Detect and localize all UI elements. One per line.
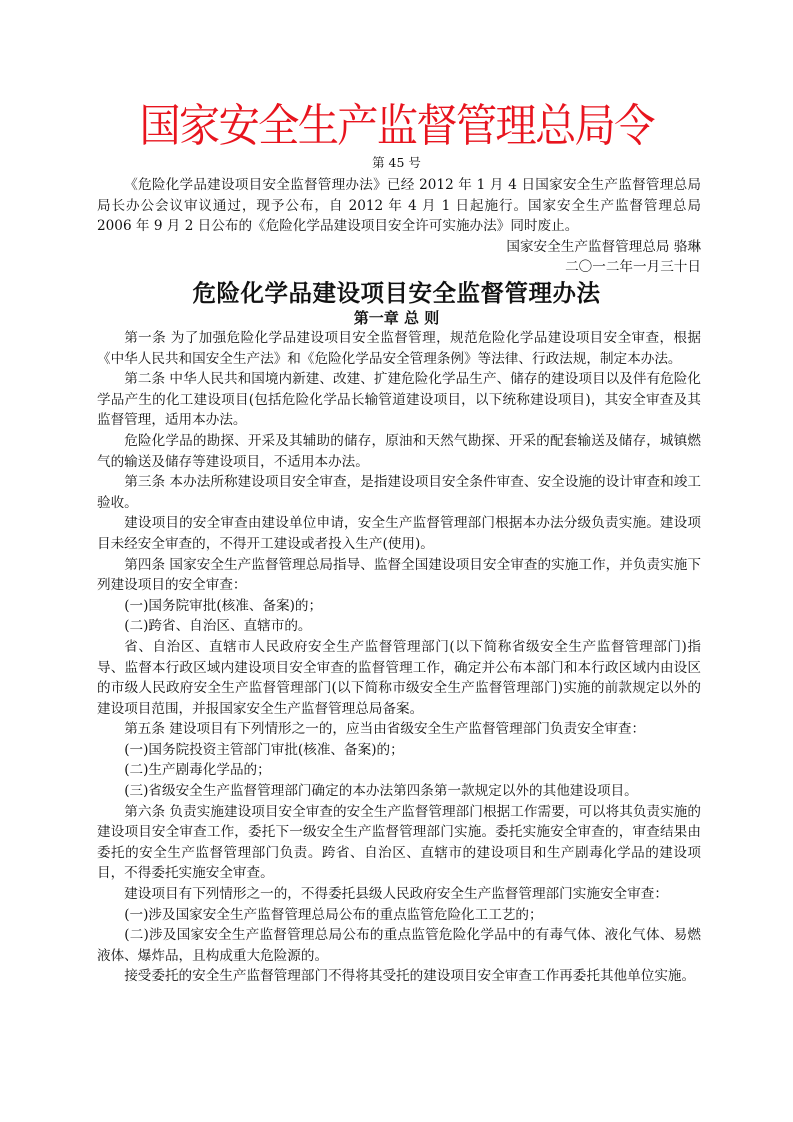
document-title: 危险化学品建设项目安全监督管理办法 [0,278,793,308]
paragraph: 建设项目的安全审查由建设单位申请，安全生产监督管理部门根据本办法分级负责实施。建… [97,513,701,554]
decree-intro: 《危险化学品建设项目安全监督管理办法》已经 2012 年 1 月 4 日国家安全… [97,175,701,278]
paragraph: 第五条 建设项目有下列情形之一的，应当由省级安全生产监督管理部门负责安全审查： [97,719,701,740]
decree-title: 国家安全生产监督管理总局令 [124,98,670,154]
paragraph: 建设项目有下列情形之一的，不得委托县级人民政府安全生产监督管理部门实施安全审查： [97,884,701,905]
paragraph: 第一条 为了加强危险化学品建设项目安全监督管理，规范危险化学品建设项目安全审查，… [97,328,701,369]
paragraph: 危险化学品的勘探、开采及其辅助的储存，原油和天然气勘探、开采的配套输送及储存，城… [97,431,701,472]
paragraph: 第二条 中华人民共和国境内新建、改建、扩建危险化学品生产、储存的建设项目以及伴有… [97,369,701,431]
signature: 国家安全生产监督管理总局 骆琳 [97,237,701,258]
paragraph: 省、自治区、直辖市人民政府安全生产监督管理部门(以下简称省级安全生产监督管理部门… [97,637,701,719]
chapter-heading: 第一章 总 则 [0,308,793,328]
paragraph: 第四条 国家安全生产监督管理总局指导、监督全国建设项目安全审查的实施工作，并负责… [97,555,701,596]
paragraph: 接受委托的安全生产监督管理部门不得将其受托的建设项目安全审查工作再委托其他单位实… [97,966,701,987]
list-item: (一)涉及国家安全生产监督管理总局公布的重点监管危险化工工艺的； [97,905,701,926]
decree-number: 第 45 号 [0,155,793,171]
article-body: 第一条 为了加强危险化学品建设项目安全监督管理，规范危险化学品建设项目安全审查，… [97,328,701,987]
intro-paragraph: 《危险化学品建设项目安全监督管理办法》已经 2012 年 1 月 4 日国家安全… [97,175,701,237]
list-item: (三)省级安全生产监督管理部门确定的本办法第四条第一款规定以外的其他建设项目。 [97,781,701,802]
list-item: (二)生产剧毒化学品的； [97,760,701,781]
document-page: 国家安全生产监督管理总局令 第 45 号 《危险化学品建设项目安全监督管理办法》… [0,0,793,1122]
paragraph: 第三条 本办法所称建设项目安全审查，是指建设项目安全条件审查、安全设施的设计审查… [97,472,701,513]
decree-date: 二〇一二年一月三十日 [97,257,701,278]
paragraph: 第六条 负责实施建设项目安全审查的安全生产监督管理部门根据工作需要，可以将其负责… [97,802,701,884]
list-item: (二)跨省、自治区、直辖市的。 [97,616,701,637]
list-item: (一)国务院审批(核准、备案)的； [97,596,701,617]
list-item: (二)涉及国家安全生产监督管理总局公布的重点监管危险化学品中的有毒气体、液化气体… [97,925,701,966]
list-item: (一)国务院投资主管部门审批(核准、备案)的； [97,740,701,761]
